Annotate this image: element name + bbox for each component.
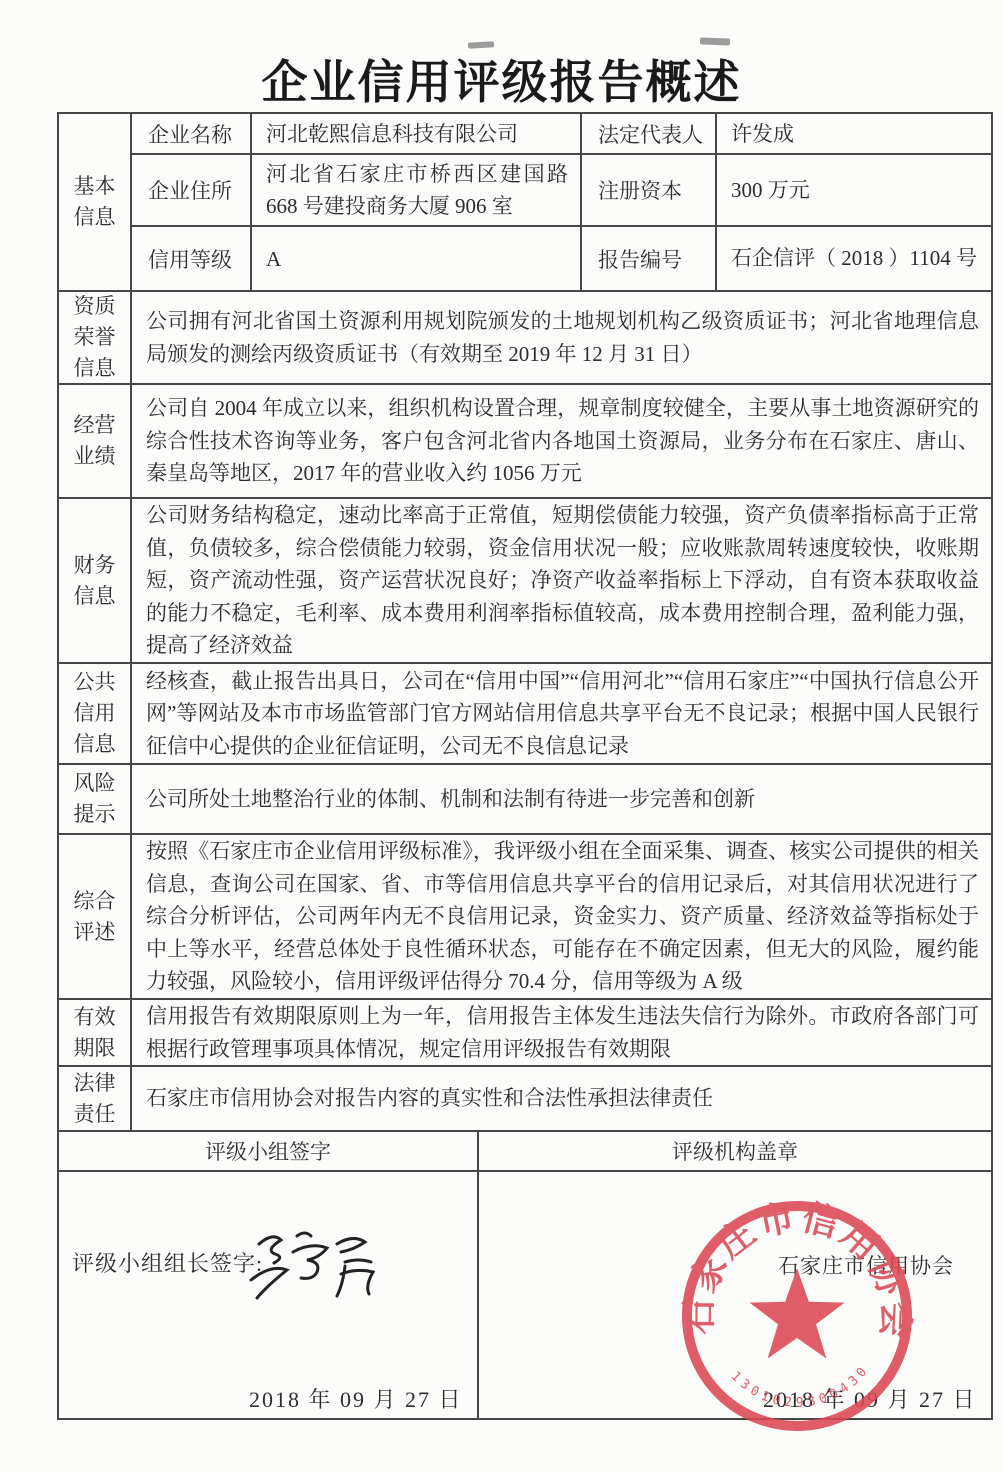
credit-grade-text: A <box>266 243 281 275</box>
field-label-legal-representative: 法定代表人 <box>582 114 715 153</box>
financial-info-text: 公司财务结构稳定，速动比率高于正常值，短期偿债能力较强，资产负债率指标高于正常值… <box>146 499 979 662</box>
validity-period-text: 信用报告有效期限原则上为一年，信用报告主体发生违法失信行为除外。市政府各部门可根… <box>146 1000 979 1065</box>
company-name-text: 河北乾熙信息科技有限公司 <box>266 118 518 150</box>
handwritten-signature <box>245 1222 385 1312</box>
seal-star-icon <box>750 1268 845 1359</box>
section-content-public-credit-info: 经核查，截止报告出具日，公司在“信用中国”“信用河北”“信用石家庄”“中国执行信… <box>132 664 991 763</box>
section-label-legal-liability: 法律责任 <box>59 1067 130 1130</box>
section-content-business-performance: 公司自 2004 年成立以来，组织机构设置合理，规章制度较健全，主要从事土地资源… <box>132 385 991 497</box>
team-leader-signature-label: 评级小组组长签字: <box>72 1247 263 1278</box>
rating-agency-stamp-cell: 石家庄市信用协会 2018 年 09 月 27 日 石家庄市信用协会 <box>479 1172 991 1418</box>
field-value-credit-grade: A <box>252 227 580 290</box>
scanned-report-page: 企业信用评级报告概述 基本信息 企业名称 河北乾熙信息科技有限公司 法定代表人 … <box>0 0 1003 1472</box>
company-address-text: 河北省石家庄市桥西区建国路 668 号建投商务大厦 906 室 <box>266 158 568 223</box>
rating-team-signature-header: 评级小组签字 <box>59 1132 479 1170</box>
scan-noise-speck <box>700 37 730 45</box>
field-value-company-name: 河北乾熙信息科技有限公司 <box>252 114 580 153</box>
section-content-risk-warning: 公司所处土地整治行业的体制、机制和法制有待进一步完善和创新 <box>132 765 991 833</box>
signature-header-row: 评级小组签字 评级机构盖章 <box>59 1132 991 1170</box>
field-label-company-address: 企业住所 <box>132 155 250 225</box>
field-value-legal-representative: 许发成 <box>717 114 991 153</box>
report-table: 基本信息 企业名称 河北乾熙信息科技有限公司 法定代表人 许发成 企业住所 河北… <box>57 112 993 1420</box>
section-label-public-credit-info: 公共信用信息 <box>59 664 130 763</box>
red-official-seal: 石家庄市信用协会 1301029300430 <box>677 1196 917 1436</box>
legal-liability-text: 石家庄市信用协会对报告内容的真实性和合法性承担法律责任 <box>146 1082 713 1115</box>
rating-agency-stamp-header: 评级机构盖章 <box>479 1132 991 1170</box>
section-content-validity-period: 信用报告有效期限原则上为一年，信用报告主体发生违法失信行为除外。市政府各部门可根… <box>132 1000 991 1065</box>
field-label-credit-grade: 信用等级 <box>132 227 250 290</box>
section-label-risk-warning: 风险提示 <box>59 765 130 833</box>
field-value-report-number: 石企信评（ 2018 ）1104 号 <box>717 227 991 290</box>
section-label-overall-review: 综合评述 <box>59 835 130 998</box>
field-label-registered-capital: 注册资本 <box>582 155 715 225</box>
section-label-business-performance: 经营业绩 <box>59 385 130 497</box>
overall-review-text: 按照《石家庄市企业信用评级标准》，我评级小组在全面采集、调查、核实公司提供的相关… <box>146 835 979 998</box>
section-label-basic-info: 基本信息 <box>59 114 130 290</box>
page-title: 企业信用评级报告概述 <box>0 46 1003 112</box>
section-content-legal-liability: 石家庄市信用协会对报告内容的真实性和合法性承担法律责任 <box>132 1067 991 1130</box>
section-label-qualifications: 资质荣誉信息 <box>59 292 130 383</box>
business-performance-text: 公司自 2004 年成立以来，组织机构设置合理，规章制度较健全，主要从事土地资源… <box>146 392 979 490</box>
public-credit-info-text: 经核查，截止报告出具日，公司在“信用中国”“信用河北”“信用石家庄”“中国执行信… <box>146 665 979 763</box>
seal-number-text: 1301029300430 <box>728 1362 873 1411</box>
field-value-registered-capital: 300 万元 <box>717 155 991 225</box>
team-signature-date: 2018 年 09 月 27 日 <box>249 1383 463 1414</box>
qualifications-text: 公司拥有河北省国土资源利用规划院颁发的土地规划机构乙级资质证书；河北省地理信息局… <box>146 305 979 370</box>
field-label-company-name: 企业名称 <box>132 114 250 153</box>
signature-body-row: 评级小组组长签字: 2018 年 09 月 27 日 石家庄市信用协会 2018… <box>59 1172 991 1418</box>
risk-warning-text: 公司所处土地整治行业的体制、机制和法制有待进一步完善和创新 <box>146 783 755 816</box>
section-label-validity-period: 有效期限 <box>59 1000 130 1065</box>
section-label-financial-info: 财务信息 <box>59 499 130 662</box>
section-content-qualifications: 公司拥有河北省国土资源利用规划院颁发的土地规划机构乙级资质证书；河北省地理信息局… <box>132 292 991 383</box>
legal-representative-text: 许发成 <box>731 118 794 150</box>
section-content-overall-review: 按照《石家庄市企业信用评级标准》，我评级小组在全面采集、调查、核实公司提供的相关… <box>132 835 991 998</box>
field-label-report-number: 报告编号 <box>582 227 715 290</box>
section-content-financial-info: 公司财务结构稳定，速动比率高于正常值，短期偿债能力较强，资产负债率指标高于正常值… <box>132 499 991 662</box>
registered-capital-text: 300 万元 <box>731 174 810 206</box>
rating-team-signature-cell: 评级小组组长签字: 2018 年 09 月 27 日 <box>59 1172 479 1418</box>
field-value-company-address: 河北省石家庄市桥西区建国路 668 号建投商务大厦 906 室 <box>252 155 580 225</box>
report-number-text: 石企信评（ 2018 ）1104 号 <box>731 242 977 275</box>
